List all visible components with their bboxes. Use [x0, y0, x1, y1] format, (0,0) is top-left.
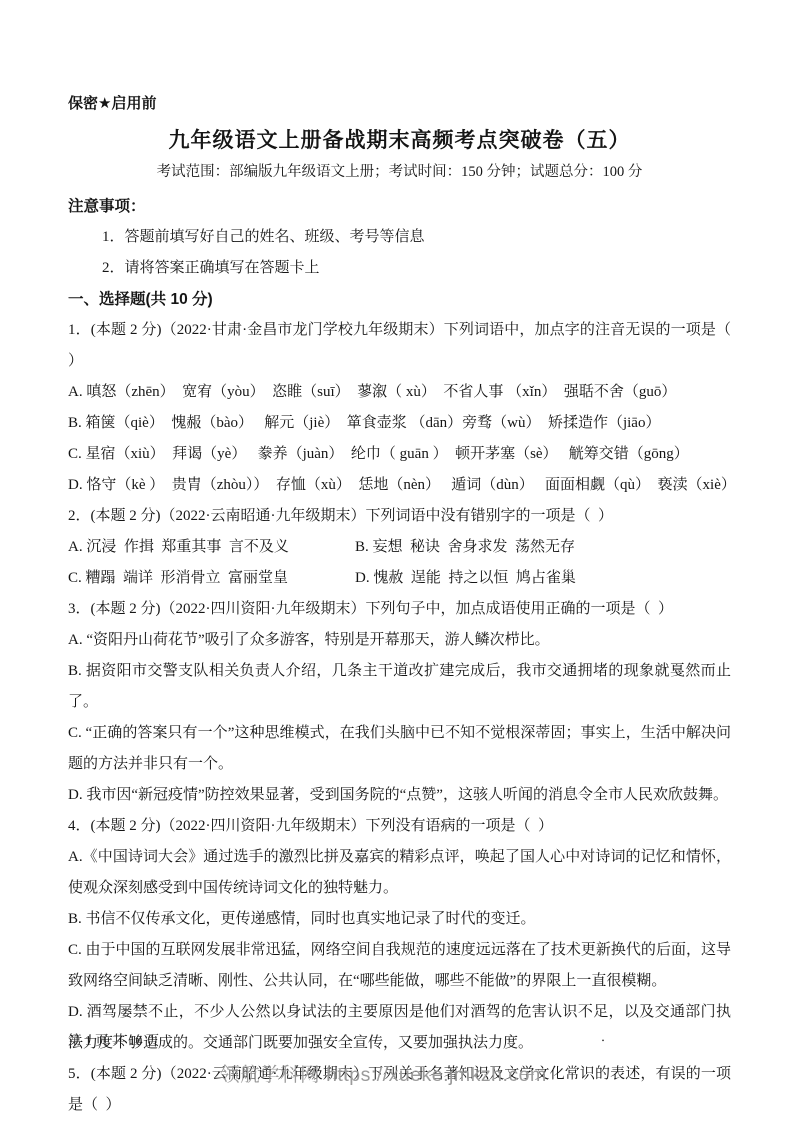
stray-punctuation-mark: ．: [601, 1026, 614, 1045]
question-2-options: A. 沉浸 作揖 郑重其事 言不及义 B. 妄想 秘诀 舍身求发 荡然无存 C.…: [68, 532, 731, 594]
notice-heading: 注意事项：: [68, 191, 731, 222]
watermark-site-link: 领航学科网 https://xueke.jmkzh.com: [220, 1063, 547, 1087]
question-4-option-c: C. 由于中国的互联网发展非常迅猛，网络空间自我规范的速度远远落在了技术更新换代…: [68, 935, 731, 997]
question-1-option-b: B. 箱箧（qiè） 愧赧（bào） 解元（jiè） 箪食壶浆 （dān）旁骛（…: [68, 408, 731, 439]
question-3-option-b: B. 据资阳市交警支队相关负责人介绍，几条主干道改扩建完成后，我市交通拥堵的现象…: [68, 656, 731, 718]
question-1-option-d: D. 恪守（kè ） 贵胄（zhòu）） 存恤（xù） 恁地（nèn） 遁词（d…: [68, 470, 731, 501]
notice-item-1: 1．答题前填写好自己的姓名、班级、考号等信息: [68, 222, 731, 253]
question-1-option-c: C. 星宿（xiù） 拜谒（yè） 豢养（juàn） 纶巾（ guān ） 顿开…: [68, 439, 731, 470]
question-4-stem: 4．(本题 2 分)（2022·四川资阳·九年级期末）下列没有语病的一项是（ ）: [68, 811, 731, 842]
question-3-option-c: C. “正确的答案只有一个”这种思维模式，在我们头脑中已不知不觉根深蒂固；事实上…: [68, 718, 731, 780]
question-2-option-d: D. 愧赦 逞能 持之以恒 鸠占雀巢: [355, 563, 731, 594]
page-title: 九年级语文上册备战期末高频考点突破卷（五）: [68, 126, 731, 156]
secrecy-notice: 保密★启用前: [68, 93, 731, 114]
question-1-option-a: A. 嗔怒（zhēn） 宽宥（yòu） 恣睢（suī） 蓼溆（ xù） 不省人事…: [68, 377, 731, 408]
question-3-stem: 3．(本题 2 分)（2022·四川资阳·九年级期末）下列句子中，加点成语使用正…: [68, 594, 731, 625]
question-2-option-b: B. 妄想 秘诀 舍身求发 荡然无存: [355, 532, 731, 563]
question-4-option-d: D. 酒驾屡禁不止，不少人公然以身试法的主要原因是他们对酒驾的危害认识不足，以及…: [68, 997, 731, 1059]
section-heading-choice: 一、选择题(共 10 分): [68, 284, 731, 315]
question-1: 1．(本题 2 分)（2022·甘肃·金昌市龙门学校九年级期末）下列词语中，加点…: [68, 315, 731, 501]
question-4-option-a: A.《中国诗词大会》通过选手的激烈比拼及嘉宾的精彩点评，唤起了国人心中对诗词的记…: [68, 842, 731, 904]
question-1-stem: 1．(本题 2 分)（2022·甘肃·金昌市龙门学校九年级期末）下列词语中，加点…: [68, 315, 731, 377]
exam-info-line: 考试范围：部编版九年级语文上册；考试时间：150 分钟；试题总分：100 分: [68, 162, 731, 183]
question-3: 3．(本题 2 分)（2022·四川资阳·九年级期末）下列句子中，加点成语使用正…: [68, 594, 731, 811]
question-3-option-d: D. 我市因“新冠疫情”防控效果显著，受到国务院的“点赞”，这骇人听闻的消息令全…: [68, 780, 731, 811]
question-2-option-c: C. 糟蹋 端详 形消骨立 富丽堂皇: [68, 563, 355, 594]
footer-page-number: 第 1 页 共 10 页: [68, 1031, 159, 1051]
question-3-option-a: A. “资阳丹山荷花节”吸引了众多游客，特别是开幕那天，游人鳞次栉比。: [68, 625, 731, 656]
question-2-stem: 2．(本题 2 分)（2022·云南昭通·九年级期末）下列词语中没有错别字的一项…: [68, 501, 731, 532]
question-4: 4．(本题 2 分)（2022·四川资阳·九年级期末）下列没有语病的一项是（ ）…: [68, 811, 731, 1059]
question-2: 2．(本题 2 分)（2022·云南昭通·九年级期末）下列词语中没有错别字的一项…: [68, 501, 731, 594]
notice-item-2: 2．请将答案正确填写在答题卡上: [68, 253, 731, 284]
question-2-option-a: A. 沉浸 作揖 郑重其事 言不及义: [68, 532, 355, 563]
question-4-option-b: B. 书信不仅传承文化，更传递感情，同时也真实地记录了时代的变迁。: [68, 904, 731, 935]
exam-paper-page: 保密★启用前 九年级语文上册备战期末高频考点突破卷（五） 考试范围：部编版九年级…: [0, 0, 793, 1122]
